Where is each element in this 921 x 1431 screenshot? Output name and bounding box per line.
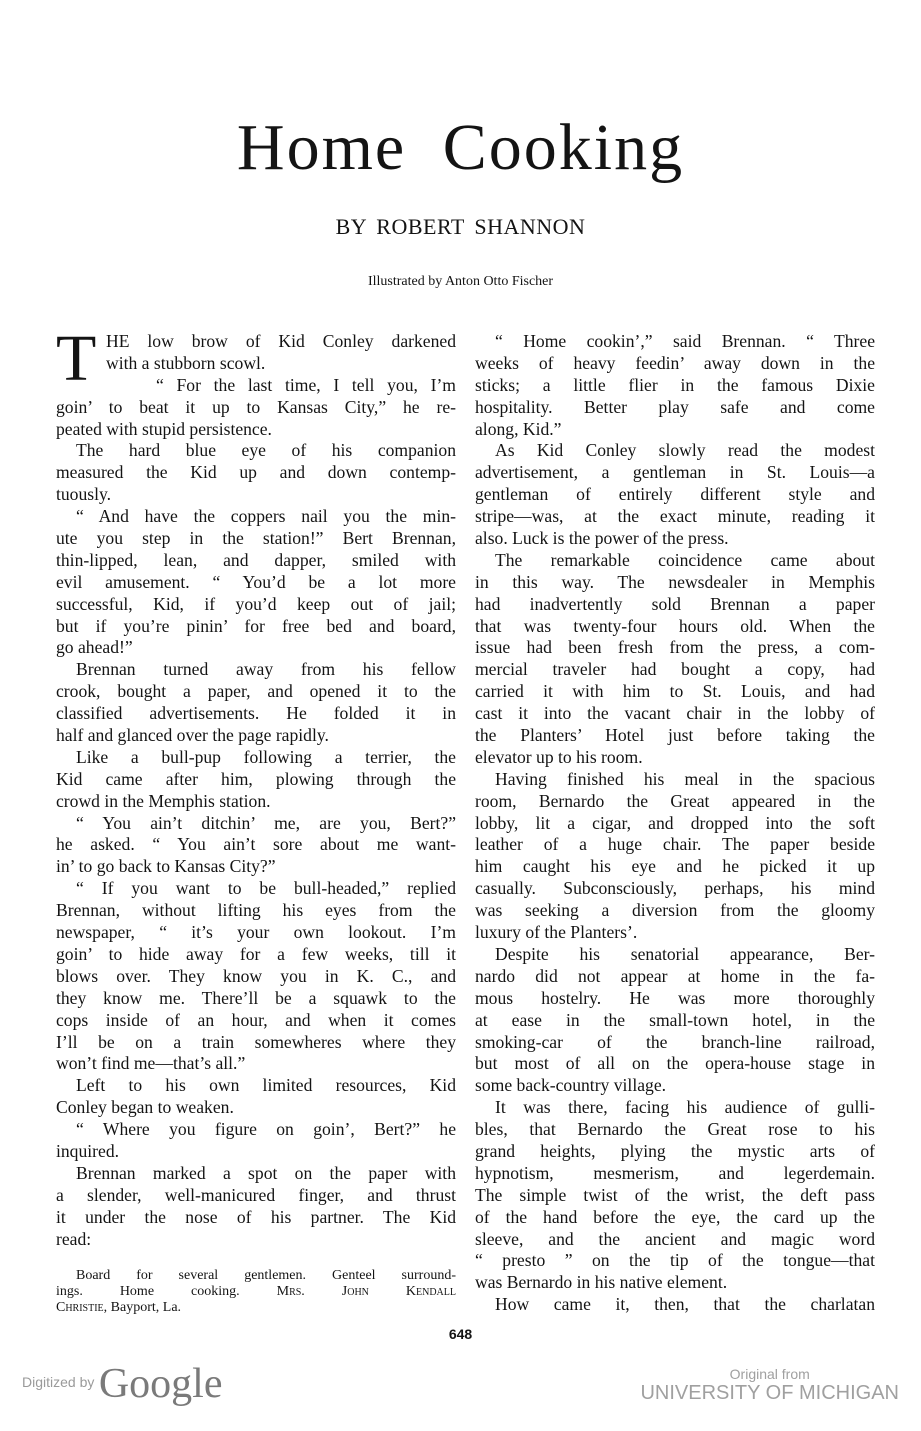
text-line: stripe—was, at the exact minute, reading… <box>475 506 875 528</box>
text-line: “ For the last time, I tell you, I’m <box>56 375 456 397</box>
text-line: grand heights, plying the mystic arts of <box>475 1141 875 1163</box>
text-line: half and glanced over the page rapidly. <box>56 725 456 747</box>
text-line: cops inside of an hour, and when it come… <box>56 1010 456 1032</box>
text-line: they know me. There’ll be a squawk to th… <box>56 988 456 1010</box>
text-line: read: <box>56 1229 456 1251</box>
text-line: tuously. <box>56 484 456 506</box>
text-line: Brennan, without lifting his eyes from t… <box>56 900 456 922</box>
text-line: “ presto ” on the tip of the tongue—that <box>475 1250 875 1272</box>
ad-advertiser-name: Christie <box>56 1300 104 1315</box>
text-line: it under the nose of his partner. The Ki… <box>56 1207 456 1229</box>
text-line: The remarkable coincidence came about <box>475 550 875 572</box>
text-line: mercial traveler had bought a copy, had <box>475 659 875 681</box>
text-line: also. Luck is the power of the press. <box>475 528 875 550</box>
text-line: casually. Subconsciously, perhaps, his m… <box>475 878 875 900</box>
text-line: weeks of heavy feedin’ away down in the <box>475 353 875 375</box>
page-number: 648 <box>0 1326 921 1342</box>
text-line: Despite his senatorial appearance, Ber- <box>475 944 875 966</box>
text-line: As Kid Conley slowly read the modest <box>475 440 875 462</box>
text-line: he asked. “ You ain’t sore about me want… <box>56 834 456 856</box>
text-line: sticks; a little flier in the famous Dix… <box>475 375 875 397</box>
text-line: that was twenty-four hours old. When the <box>475 616 875 638</box>
text-line: Like a bull-pup following a terrier, the <box>56 747 456 769</box>
original-from-label: Original from <box>640 1366 899 1382</box>
text-line: along, Kid.” <box>475 419 875 441</box>
text-line: room, Bernardo the Great appeared in the <box>475 791 875 813</box>
text-line: “ And have the coppers nail you the min- <box>56 506 456 528</box>
ad-line: Board for several gentlemen. Genteel sur… <box>56 1268 456 1284</box>
text-line: “ Where you figure on goin’, Bert?” he <box>56 1119 456 1141</box>
text-line: but most of all on the opera-house stage… <box>475 1053 875 1075</box>
text-line: hospitality. Better play safe and come <box>475 397 875 419</box>
text-line: I’ll be on a train somewheres where they <box>56 1032 456 1054</box>
text-line: was seeking a diversion from the gloomy <box>475 900 875 922</box>
right-column: “ Home cookin’,” said Brennan. “ Three w… <box>475 331 875 1316</box>
text-line: smoking-car of the branch-line railroad, <box>475 1032 875 1054</box>
google-logo: Google <box>99 1361 223 1407</box>
text-line: HE low brow of Kid Conley darkened <box>56 331 456 353</box>
text-line: mous hostelry. He was more thoroughly <box>475 988 875 1010</box>
ad-advertiser-name: Mrs. John Kendall <box>277 1284 456 1299</box>
text-line: won’t find me—that’s all.” <box>56 1053 456 1075</box>
text-line: Brennan marked a spot on the paper with <box>56 1163 456 1185</box>
article-title: Home Cooking <box>0 108 921 188</box>
left-column: HE low brow of Kid Conley darkened with … <box>56 331 456 1250</box>
text-line: sleeve, and the ancient and magic word <box>475 1229 875 1251</box>
text-line: Brennan turned away from his fellow <box>56 659 456 681</box>
text-line: gentleman of entirely different style an… <box>475 484 875 506</box>
text-line: thin-lipped, lean, and dapper, smiled wi… <box>56 550 456 572</box>
text-line: newspaper, “ it’s your own lookout. I’m <box>56 922 456 944</box>
digitized-by-label: Digitized by <box>22 1374 94 1390</box>
text-line: in’ to go back to Kansas City?” <box>56 856 456 878</box>
text-line: but if you’re pinin’ for free bed and bo… <box>56 616 456 638</box>
text-line: crook, bought a paper, and opened it to … <box>56 681 456 703</box>
text-line: “ Home cookin’,” said Brennan. “ Three <box>475 331 875 353</box>
text-line: It was there, facing his audience of gul… <box>475 1097 875 1119</box>
text-line: the Planters’ Hotel just before taking t… <box>475 725 875 747</box>
text-line: issue had been fresh from the press, a c… <box>475 637 875 659</box>
text-line: advertisement, a gentleman in St. Louis—… <box>475 462 875 484</box>
text-line: How came it, then, that the charlatan <box>475 1294 875 1316</box>
ad-text: ings. Home cooking. <box>56 1284 277 1299</box>
text-line: a slender, well-manicured finger, and th… <box>56 1185 456 1207</box>
byline: BY ROBERT SHANNON <box>0 214 921 240</box>
text-line: go ahead!” <box>56 637 456 659</box>
text-line: of the hand before the eye, the card up … <box>475 1207 875 1229</box>
institution-name: UNIVERSITY OF MICHIGAN <box>640 1382 899 1405</box>
text-line: lobby, lit a cigar, and dropped into the… <box>475 813 875 835</box>
text-line: elevator up to his room. <box>475 747 875 769</box>
text-line: peated with stupid persistence. <box>56 419 456 441</box>
ad-address: , Bayport, La. <box>104 1300 181 1315</box>
text-line: goin’ to beat it up to Kansas City,” he … <box>56 397 456 419</box>
text-line: The simple twist of the wrist, the deft … <box>475 1185 875 1207</box>
text-line: Left to his own limited resources, Kid <box>56 1075 456 1097</box>
illustrator-credit: Illustrated by Anton Otto Fischer <box>0 274 921 290</box>
ad-line: Christie, Bayport, La. <box>56 1300 456 1316</box>
text-line: with a stubborn scowl. <box>56 353 456 375</box>
text-line: The hard blue eye of his companion <box>56 440 456 462</box>
text-line: Kid came after him, plowing through the <box>56 769 456 791</box>
text-line: classified advertisements. He folded it … <box>56 703 456 725</box>
classified-advertisement: Board for several gentlemen. Genteel sur… <box>56 1268 456 1316</box>
text-line: hypnotism, mesmerism, and legerdemain. <box>475 1163 875 1185</box>
text-line: successful, Kid, if you’d keep out of ja… <box>56 594 456 616</box>
text-line: bles, that Bernardo the Great rose to hi… <box>475 1119 875 1141</box>
text-line: cast it into the vacant chair in the lob… <box>475 703 875 725</box>
text-line: Having finished his meal in the spacious <box>475 769 875 791</box>
original-from-watermark: Original from UNIVERSITY OF MICHIGAN <box>640 1366 899 1405</box>
digitized-by-google-watermark: Digitized by Google <box>22 1360 222 1408</box>
text-line: had inadvertently sold Brennan a paper <box>475 594 875 616</box>
text-line: crowd in the Memphis station. <box>56 791 456 813</box>
text-line: “ If you want to be bull-headed,” replie… <box>56 878 456 900</box>
ad-line: ings. Home cooking. Mrs. John Kendall <box>56 1284 456 1300</box>
text-line: blows over. They know you in K. C., and <box>56 966 456 988</box>
text-line: him caught his eye and he picked it up <box>475 856 875 878</box>
text-line: carried it with him to St. Louis, and ha… <box>475 681 875 703</box>
text-line: evil amusement. “ You’d be a lot more <box>56 572 456 594</box>
text-line: inquired. <box>56 1141 456 1163</box>
text-line: some back-country village. <box>475 1075 875 1097</box>
text-line: measured the Kid up and down contemp- <box>56 462 456 484</box>
text-line: Conley began to weaken. <box>56 1097 456 1119</box>
text-line: in this way. The newsdealer in Memphis <box>475 572 875 594</box>
text-line: nardo did not appear at home in the fa- <box>475 966 875 988</box>
text-line: leather of a huge chair. The paper besid… <box>475 834 875 856</box>
text-line: goin’ to hide away for a few weeks, till… <box>56 944 456 966</box>
text-line: luxury of the Planters’. <box>475 922 875 944</box>
text-line: was Bernardo in his native element. <box>475 1272 875 1294</box>
text-line: at ease in the small-town hotel, in the <box>475 1010 875 1032</box>
text-line: “ You ain’t ditchin’ me, are you, Bert?” <box>56 813 456 835</box>
text-line: ute you step in the station!” Bert Brenn… <box>56 528 456 550</box>
